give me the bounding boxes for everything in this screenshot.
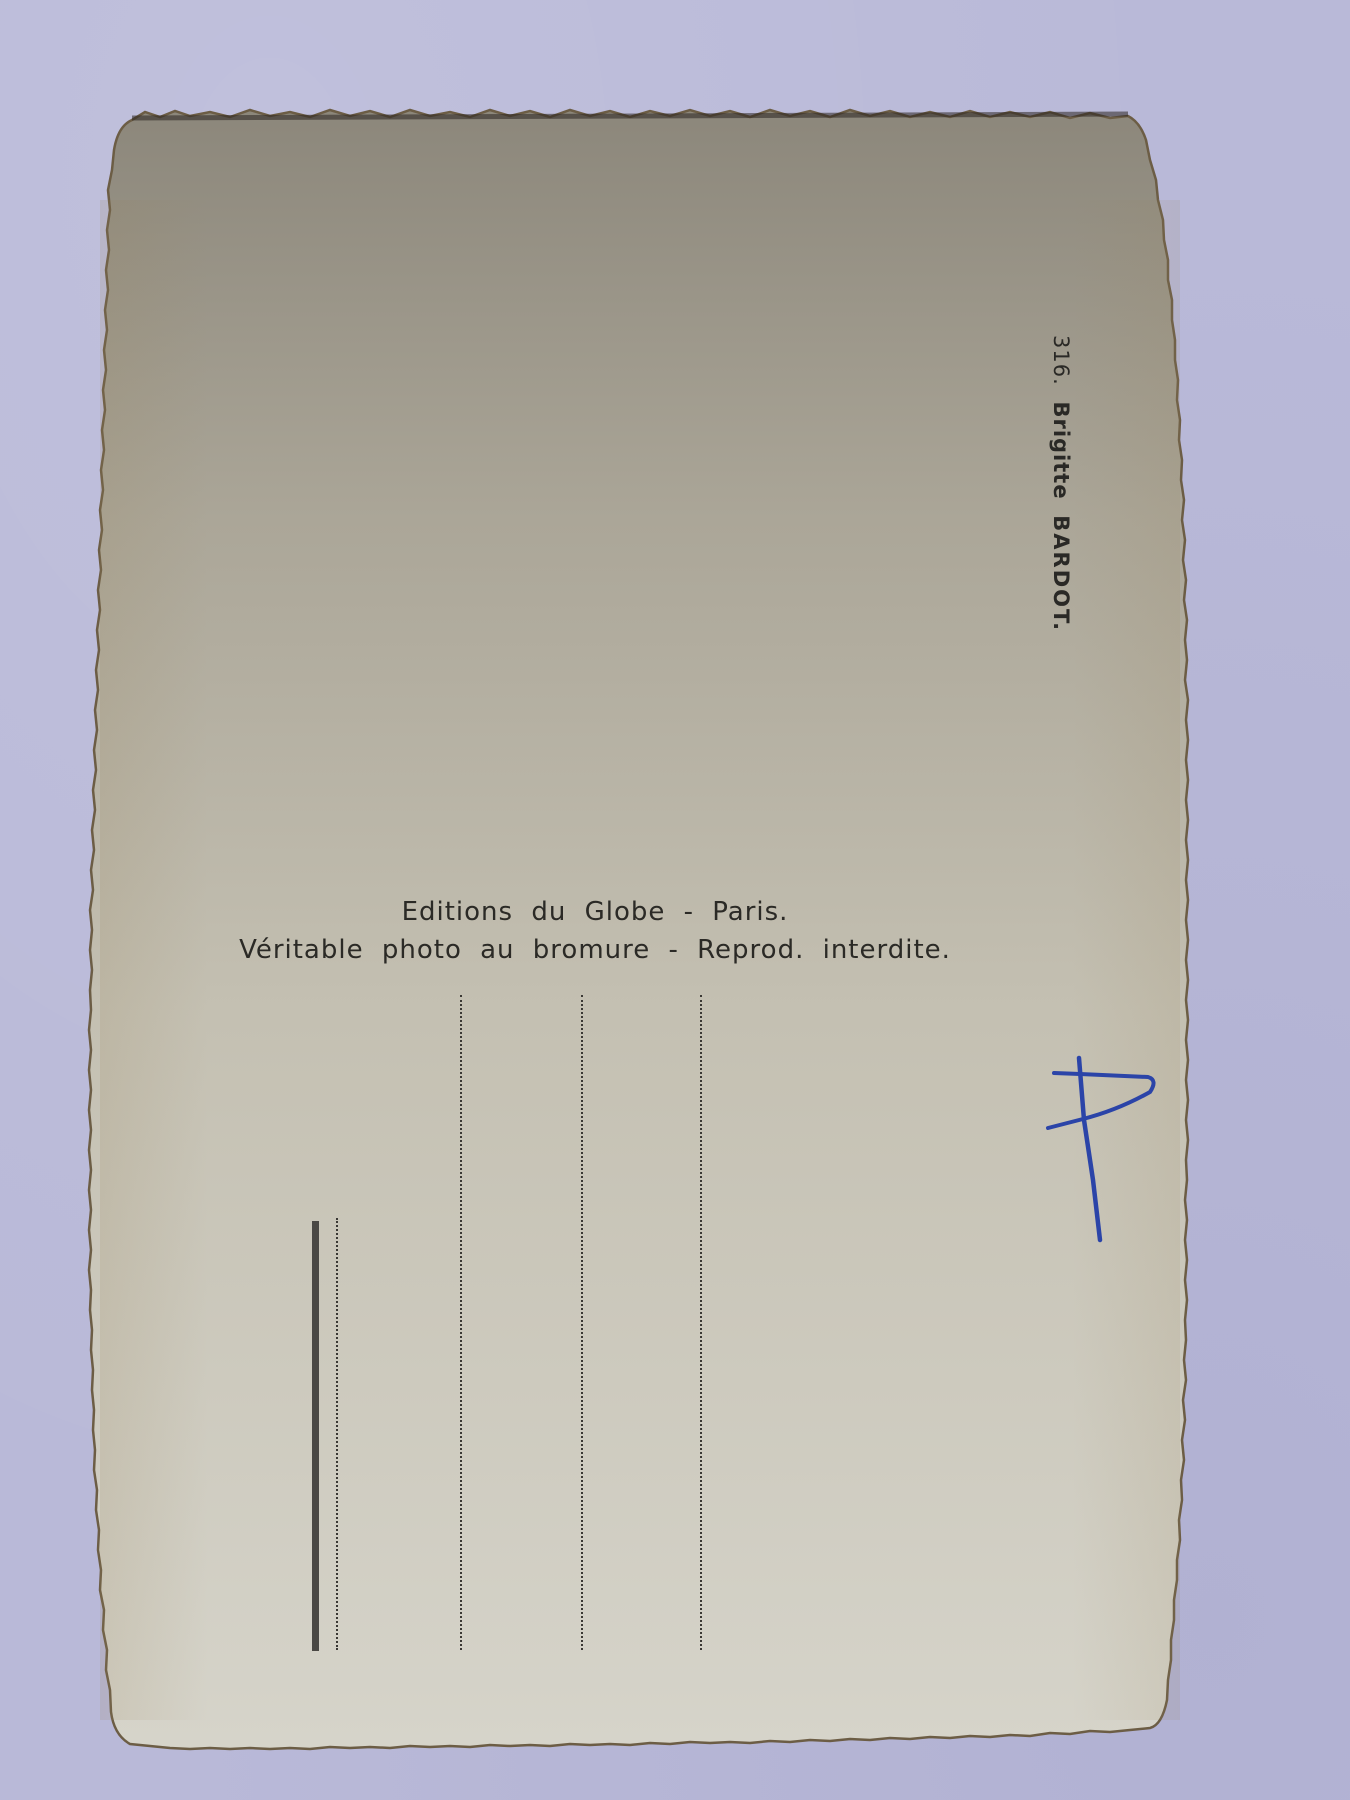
card-number: 316. — [1049, 335, 1073, 386]
dotted-line-1 — [336, 1218, 338, 1650]
caption-last-name: BARDOT. — [1049, 515, 1073, 632]
card-caption: 316. Brigitte BARDOT. — [1049, 335, 1073, 632]
publisher-line-1: Editions du Globe - Paris. — [0, 897, 1190, 927]
solid-divider-line — [312, 1221, 319, 1651]
caption-first-name: Brigitte — [1049, 401, 1073, 499]
publisher-line-2: Véritable photo au bromure - Reprod. int… — [0, 935, 1190, 965]
dotted-line-4 — [700, 995, 702, 1650]
postcard: 316. Brigitte BARDOT. Editions du Globe … — [0, 0, 1350, 1800]
dotted-line-2 — [460, 995, 462, 1650]
dotted-line-3 — [581, 995, 583, 1650]
